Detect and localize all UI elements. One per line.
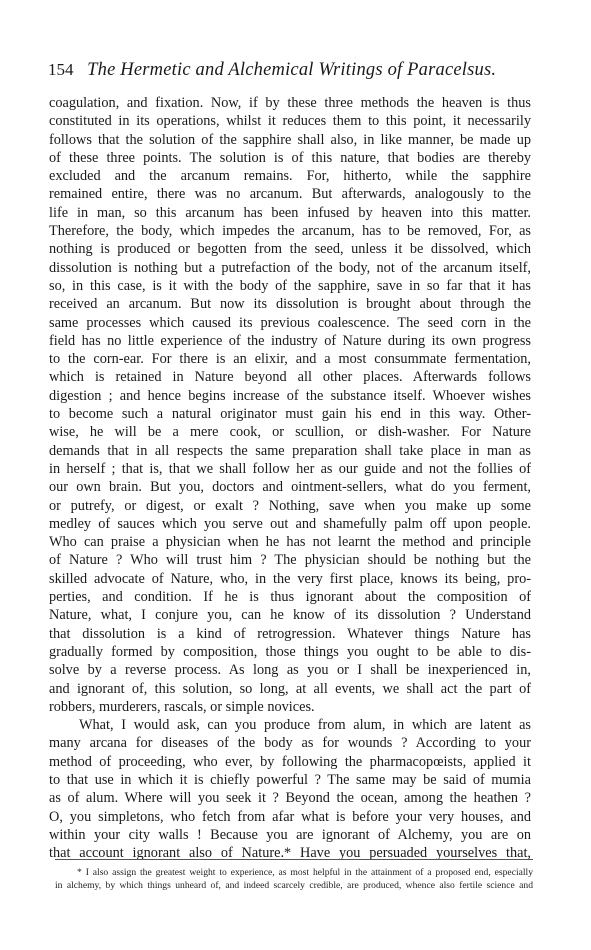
text-line: follows that the solution of the sapphir… (49, 131, 531, 149)
text-line: Nature, what, I conjure you, can he know… (49, 606, 531, 624)
text-line: constituted in its operations, whilst it… (49, 112, 531, 130)
running-head: 154 The Hermetic and Alchemical Writings… (48, 58, 508, 82)
text-line: same processes which caused its previous… (49, 314, 531, 332)
text-line: of these three points. The solution is o… (49, 149, 531, 167)
running-title: The Hermetic and Alchemical Writings of … (87, 60, 496, 80)
text-line: medley of sauces which you serve out and… (49, 515, 531, 533)
footnote-line: in alchemy, by which things unheard of, … (55, 879, 533, 892)
text-line: nothing is produced or begotten from the… (49, 240, 531, 258)
text-line: our own brain. But you, doctors and oint… (49, 478, 531, 496)
text-line: and ignorant of, this solution, so long,… (49, 680, 531, 698)
text-line: life in man, so this arcanum has been in… (49, 204, 531, 222)
text-line: Who can praise a physician when he has n… (49, 533, 531, 551)
paragraph-end-line: robbers, murderers, rascals, or simple n… (49, 698, 531, 716)
footnote-divider (55, 859, 533, 860)
text-line: excluded and the arcanum remains. For, h… (49, 167, 531, 185)
footnote: * I also assign the greatest weight to e… (55, 866, 533, 892)
text-line: that dissolution is a kind of retrogress… (49, 625, 531, 643)
page-number: 154 (48, 60, 74, 79)
text-line: or putrefy, or digest, or exalt ? Nothin… (49, 497, 531, 515)
text-line: solve by a reverse process. As long as y… (49, 661, 531, 679)
text-line: dissolution is nothing but a putrefactio… (49, 259, 531, 277)
text-line: digestion ; and hence begins increase of… (49, 387, 531, 405)
text-line: so, in this case, is it with the body of… (49, 277, 531, 295)
text-line: demands that in all respects the same pr… (49, 442, 531, 460)
text-line: O, you simpletons, who fetch from afar w… (49, 808, 531, 826)
text-line: gradually formed by composition, those t… (49, 643, 531, 661)
text-line: in herself ; that is, that we shall foll… (49, 460, 531, 478)
text-line: of Nature ? Who will trust him ? The phy… (49, 551, 531, 569)
text-line: Therefore, the body, which impedes the a… (49, 222, 531, 240)
text-line: remained entire, there was no arcanum. B… (49, 185, 531, 203)
footnote-line: * I also assign the greatest weight to e… (55, 866, 533, 879)
text-line: as of alum. Where will you seek it ? Bey… (49, 789, 531, 807)
text-line: to become such a natural originator must… (49, 405, 531, 423)
text-line: coagulation, and fixation. Now, if by th… (49, 94, 531, 112)
body-text: coagulation, and fixation. Now, if by th… (49, 94, 531, 862)
paragraph-start-line: What, I would ask, can you produce from … (49, 716, 531, 734)
text-line: wise, he will be a mere cook, or scullio… (49, 423, 531, 441)
text-line: within your city walls ! Because you are… (49, 826, 531, 844)
text-line: field has no little experience of the in… (49, 332, 531, 350)
book-page: 154 The Hermetic and Alchemical Writings… (0, 0, 591, 950)
text-line: to the corn-ear. For there is an elixir,… (49, 350, 531, 368)
text-line: many arcana for diseases of the body as … (49, 734, 531, 752)
text-line: received an arcanum. But now its dissolu… (49, 295, 531, 313)
text-line: perties, and condition. If he is thus ig… (49, 588, 531, 606)
text-line: skilled advocate of Nature, who, in the … (49, 570, 531, 588)
text-line: method of proceeding, who ever, by follo… (49, 753, 531, 771)
text-line: to that use in which it is chiefly power… (49, 771, 531, 789)
text-line: which is retained in Nature beyond all o… (49, 368, 531, 386)
